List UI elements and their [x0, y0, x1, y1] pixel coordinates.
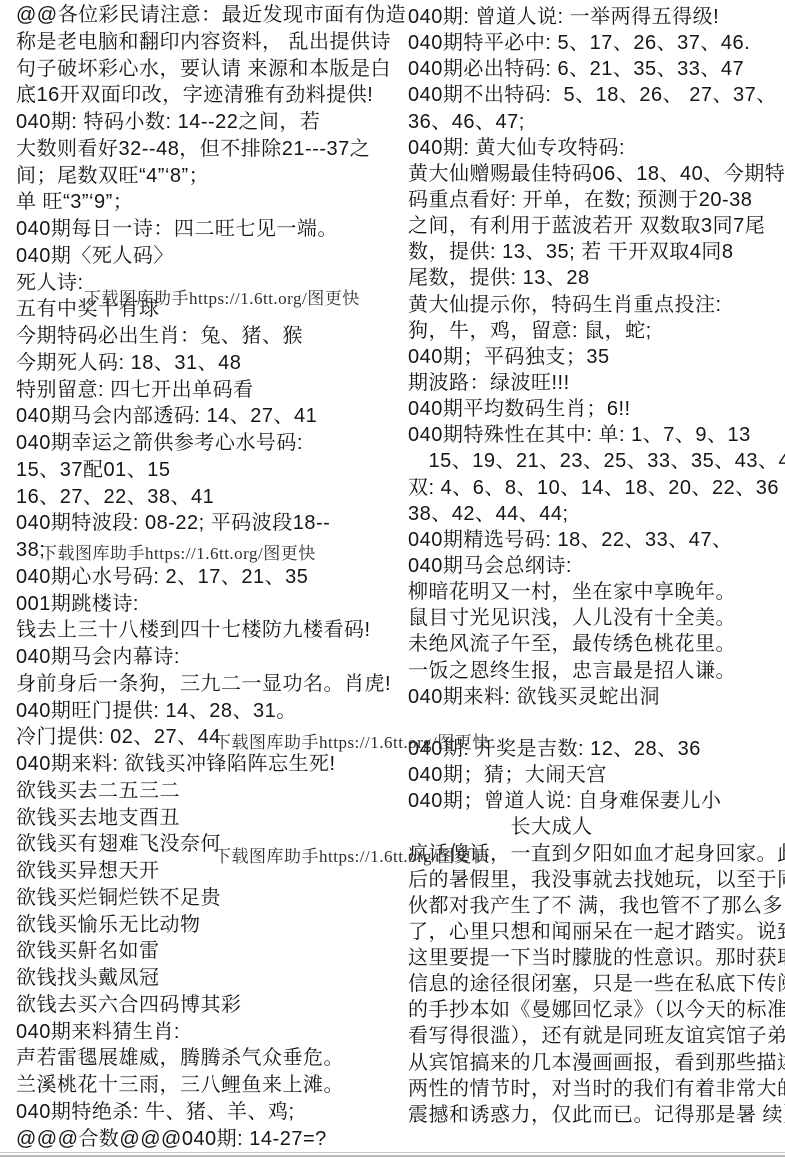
text-line: 040期平均数码生肖；6!!	[408, 396, 785, 422]
text-line: 001期跳楼诗:	[16, 591, 398, 618]
text-line: 欲钱买烂铜烂铁不足贵	[16, 885, 398, 912]
text-line: 15、19、21、23、25、33、35、43、45;	[408, 448, 785, 474]
text-line: 钱去上三十八楼到四十七楼防九楼看码!	[16, 617, 398, 644]
text-line: 040期旺门提供: 14、28、31。	[16, 698, 398, 725]
text-line: 040期: 黄大仙专攻特码:	[408, 135, 785, 161]
text-line: 040期每日一诗：四二旺七见一端。	[16, 216, 398, 243]
text-line: 称是老电脑和翻印内容资料， 乱出提供诗	[16, 29, 398, 56]
text-line: 欲钱买去二五三二	[16, 778, 398, 805]
text-line: 后的暑假里，我没事就去找她玩，以至于同	[408, 867, 785, 893]
text-line: 040期特殊性在其中: 单: 1、7、9、13	[408, 422, 785, 448]
text-line: 040期马会总纲诗:	[408, 553, 785, 579]
text-line: 040期必出特码: 6、21、35、33、47	[408, 56, 785, 82]
text-line: 040期幸运之箭供参考心水号码:	[16, 430, 398, 457]
text-line: 040期心水号码: 2、17、21、35	[16, 564, 398, 591]
text-line: 040期不出特码: 5、18、26、 27、37、	[408, 82, 785, 108]
text-line: 欲钱买去地支酉丑	[16, 805, 398, 832]
download-helper-watermark: 下载图库助手https://1.6tt.org/图更快	[40, 539, 316, 564]
text-line: 兰溪桃花十三雨，三八鲤鱼来上滩。	[16, 1072, 398, 1099]
text-line: 柳暗花明又一村，坐在家中享晚年。	[408, 579, 785, 605]
text-line: 底16开双面印改，字迹清雅有劲料提供!	[16, 82, 398, 109]
text-line: 欲钱找头戴凤冠	[16, 965, 398, 992]
right-text-column: 040期: 曾道人说: 一举两得五得级!040期特平必中: 5、17、26、37…	[408, 4, 785, 1128]
text-line: 今期死人码: 18、31、48	[16, 350, 398, 377]
text-line: 16、27、22、38、41	[16, 484, 398, 511]
text-line: 大数则看好32--48，但不排除21---37之	[16, 136, 398, 163]
text-line: 长大成人	[408, 814, 785, 840]
bottom-divider	[0, 1152, 785, 1153]
text-line: 尾数，提供: 13、28	[408, 265, 785, 291]
text-line: 040期马会内部透码: 14、27、41	[16, 403, 398, 430]
text-line: 狗，牛，鸡，留意: 鼠，蛇;	[408, 318, 785, 344]
text-line: 身前身后一条狗，三九二一显功名。肖虎!	[16, 671, 398, 698]
text-line: 040期；曾道人说: 自身难保妻儿小	[408, 788, 785, 814]
text-line: 040期马会内幕诗:	[16, 644, 398, 671]
text-line: 震撼和诱惑力，仅此而已。记得那是暑 续）	[408, 1102, 785, 1128]
text-line: 040期；平码独支；35	[408, 344, 785, 370]
text-line: @@各位彩民请注意：最近发现市面有伪造	[16, 2, 398, 29]
text-line: 一饭之恩终生报，忠言最是招人谦。	[408, 658, 785, 684]
text-line: 伙都对我产生了不 满，我也管不了那么多	[408, 893, 785, 919]
text-line: 期波路：绿波旺!!!	[408, 370, 785, 396]
text-line: 040期；猜；大闹天宫	[408, 762, 785, 788]
text-line: 040期精选号码: 18、22、33、47、	[408, 527, 785, 553]
text-line: 040期: 曾道人说: 一举两得五得级!	[408, 4, 785, 30]
text-line: 未绝风流子午至，最传绣色桃花里。	[408, 631, 785, 657]
download-helper-watermark: 下载图库助手https://1.6tt.org/图更快	[84, 284, 360, 309]
left-text-column: @@各位彩民请注意：最近发现市面有伪造称是老电脑和翻印内容资料， 乱出提供诗句子…	[16, 2, 398, 1152]
text-line: 鼠目寸光见识浅，人儿没有十全美。	[408, 605, 785, 631]
text-line: 欲钱去买六合四码博其彩	[16, 992, 398, 1019]
lottery-tips-page: @@各位彩民请注意：最近发现市面有伪造称是老电脑和翻印内容资料， 乱出提供诗句子…	[0, 0, 785, 1157]
text-line: 欲钱买鼾名如雷	[16, 938, 398, 965]
text-line: 句子破坏彩心水，要认请 来源和本版是白	[16, 56, 398, 83]
text-line: 之间，有利用于蓝波若开 双数取3同7尾	[408, 213, 785, 239]
text-line: 单 旺“3”‘9”；	[16, 189, 398, 216]
text-line: 从宾馆搞来的几本漫画画报，看到那些描述	[408, 1050, 785, 1076]
text-line: 特别留意: 四七开出单码看	[16, 377, 398, 404]
text-line: 双: 4、6、8、10、14、18、20、22、36	[408, 475, 785, 501]
text-line: 040期特平必中: 5、17、26、37、46.	[408, 30, 785, 56]
text-line: 040期特波段: 08-22; 平码波段18--	[16, 510, 398, 537]
text-line: 了，心里只想和闻丽呆在一起才踏实。说到	[408, 919, 785, 945]
text-line: 040期: 特码小数: 14--22之间，若	[16, 109, 398, 136]
text-line: 今期特码必出生肖：兔、猪、猴	[16, 323, 398, 350]
text-line: 两性的情节时，对当时的我们有着非常大的	[408, 1076, 785, 1102]
text-line: 36、46、47;	[408, 109, 785, 135]
text-line: 040期〈死人码〉	[16, 243, 398, 270]
text-line: 的手抄本如《曼娜回忆录》（以今天的标准	[408, 997, 785, 1023]
text-line: 看写得很滥），还有就是同班友谊宾馆子弟	[408, 1023, 785, 1049]
text-line: 信息的途径很闭塞，只是一些在私底下传阅	[408, 971, 785, 997]
text-line: @@@合数@@@040期: 14-27=?	[16, 1126, 398, 1153]
text-line: 这里要提一下当时朦胧的性意识。那时获取	[408, 945, 785, 971]
text-line: 声若雷毸展雄威，腾腾杀气众垂危。	[16, 1045, 398, 1072]
text-line: 040期来料: 欲钱买冲锋陷阵忘生死!	[16, 751, 398, 778]
text-line: 040期来料: 欲钱买灵蛇出洞	[408, 684, 785, 710]
text-line: 数，提供: 13、35; 若 干开双取4同8	[408, 239, 785, 265]
text-line: 15、37配01、15	[16, 457, 398, 484]
text-line: 黄大仙提示你，特码生肖重点投注:	[408, 292, 785, 318]
text-line: 间；尾数双旺“4”‘8”；	[16, 163, 398, 190]
text-line: 欲钱买愉乐无比动物	[16, 912, 398, 939]
text-line: 码重点看好: 开单，在数; 预测于20-38	[408, 187, 785, 213]
text-line: 38、42、44、44;	[408, 501, 785, 527]
text-line: 黄大仙赠赐最佳特码06、18、40、今期特	[408, 161, 785, 187]
download-helper-watermark: 下载图库助手https://1.6tt.org/图更快	[214, 728, 490, 753]
download-helper-watermark: 下载图库助手https://1.6tt.org/图更快	[214, 842, 490, 867]
text-line: 040期特绝杀: 牛、猪、羊、鸡;	[16, 1099, 398, 1126]
text-line: 040期来料猜生肖:	[16, 1019, 398, 1046]
